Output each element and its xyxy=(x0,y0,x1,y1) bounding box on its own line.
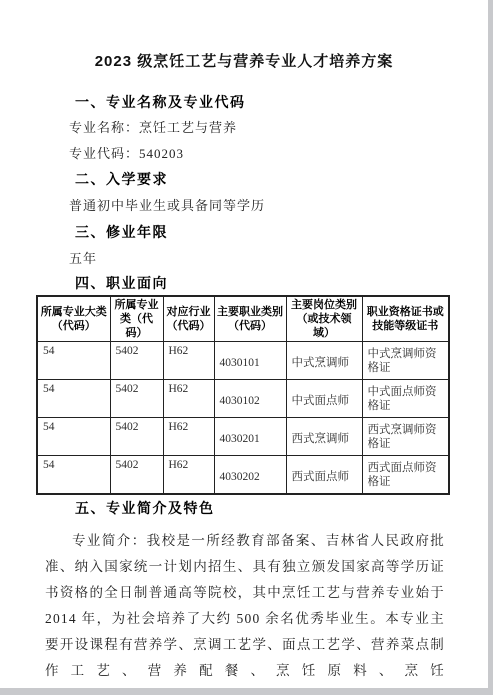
table-cell: 5402 xyxy=(110,418,163,456)
section-heading-3: 三、修业年限 xyxy=(75,226,488,241)
col-header-occupation-category: 主要职业类别（代码） xyxy=(214,296,286,342)
table-cell: 西式烹调师资格证 xyxy=(362,418,449,456)
table-row: 54 5402 H62 4030202 西式面点师 西式面点师资格证 xyxy=(37,456,449,495)
table-cell: 西式烹调师 xyxy=(286,418,362,456)
table-cell: 4030102 xyxy=(214,380,286,418)
major-introduction-paragraph: 专业简介：我校是一所经教育部备案、吉林省人民政府批准、纳入国家统一计划内招生、具… xyxy=(45,528,445,684)
col-header-certificate: 职业资格证书或技能等级证书 xyxy=(362,296,449,342)
col-header-industry: 对应行业（代码） xyxy=(163,296,214,342)
table-cell: H62 xyxy=(163,456,214,495)
career-orientation-table: 所属专业大类（代码） 所属专业类（代码） 对应行业（代码） 主要职业类别（代码）… xyxy=(36,295,450,495)
table-header-row: 所属专业大类（代码） 所属专业类（代码） 对应行业（代码） 主要职业类别（代码）… xyxy=(37,296,449,342)
table-cell: H62 xyxy=(163,380,214,418)
page-number: 1 xyxy=(0,641,488,651)
major-code-line: 专业代码：540203 xyxy=(69,147,488,161)
page-right-edge xyxy=(488,0,493,695)
page-bottom-edge xyxy=(0,688,493,695)
table-cell: 54 xyxy=(37,456,110,495)
table-row: 54 5402 H62 4030201 西式烹调师 西式烹调师资格证 xyxy=(37,418,449,456)
table-cell: 5402 xyxy=(110,456,163,495)
col-header-major-category: 所属专业大类（代码） xyxy=(37,296,110,342)
study-duration-line: 五年 xyxy=(69,252,488,266)
table-cell: 5402 xyxy=(110,342,163,380)
table-row: 54 5402 H62 4030102 中式面点师 中式面点师资格证 xyxy=(37,380,449,418)
major-name-line: 专业名称：烹饪工艺与营养 xyxy=(69,121,488,135)
section-heading-1: 一、专业名称及专业代码 xyxy=(75,96,488,111)
table-cell: 中式面点师 xyxy=(286,380,362,418)
section-heading-4: 四、职业面向 xyxy=(75,277,488,292)
table-cell: 4030101 xyxy=(214,342,286,380)
document-page: 2023 级烹饪工艺与营养专业人才培养方案 一、专业名称及专业代码 专业名称：烹… xyxy=(0,0,488,688)
document-title: 2023 级烹饪工艺与营养专业人才培养方案 xyxy=(0,52,488,72)
table-row: 54 5402 H62 4030101 中式烹调师 中式烹调师资格证 xyxy=(37,342,449,380)
table-cell: 54 xyxy=(37,342,110,380)
table-cell: 4030202 xyxy=(214,456,286,495)
admission-requirement-line: 普通初中毕业生或具备同等学历 xyxy=(69,199,488,213)
document-viewport: 2023 级烹饪工艺与营养专业人才培养方案 一、专业名称及专业代码 专业名称：烹… xyxy=(0,0,493,695)
table-cell: 中式烹调师 xyxy=(286,342,362,380)
table-cell: 中式烹调师资格证 xyxy=(362,342,449,380)
table-cell: 西式面点师 xyxy=(286,456,362,495)
table-cell: 54 xyxy=(37,380,110,418)
table-cell: 5402 xyxy=(110,380,163,418)
col-header-post-category: 主要岗位类别（或技术领域） xyxy=(286,296,362,342)
table-cell: H62 xyxy=(163,342,214,380)
table-cell: 54 xyxy=(37,418,110,456)
table-cell: 中式面点师资格证 xyxy=(362,380,449,418)
table-cell: 4030201 xyxy=(214,418,286,456)
table-cell: H62 xyxy=(163,418,214,456)
section-heading-5: 五、专业简介及特色 xyxy=(75,502,488,517)
col-header-major-class: 所属专业类（代码） xyxy=(110,296,163,342)
table-cell: 西式面点师资格证 xyxy=(362,456,449,495)
section-heading-2: 二、入学要求 xyxy=(75,173,488,188)
